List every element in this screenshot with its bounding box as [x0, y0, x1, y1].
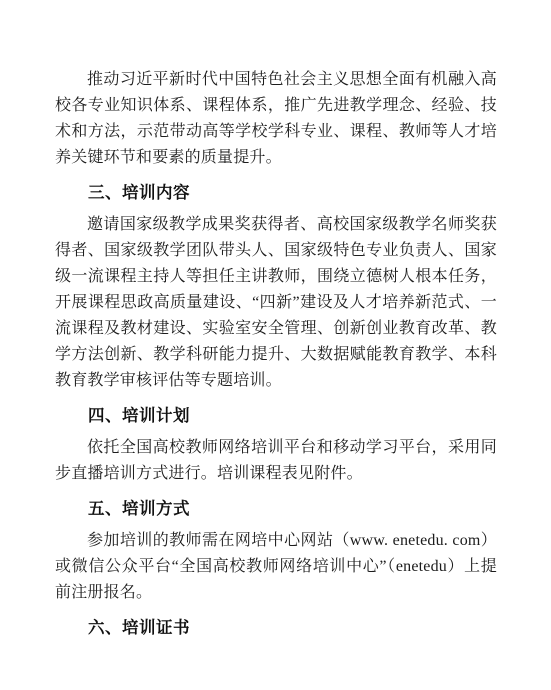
body-paragraph-intro: 推动习近平新时代中国特色社会主义思想全面有机融入高校各专业知识体系、课程体系，推… — [55, 67, 497, 171]
section-heading-training-certificate: 六、培训证书 — [55, 615, 497, 641]
body-paragraph-training-method: 参加培训的教师需在网培中心网站（www. enetedu. com）或微信公众平… — [55, 528, 497, 606]
section-heading-training-method: 五、培训方式 — [55, 496, 497, 522]
section-heading-training-plan: 四、培训计划 — [55, 403, 497, 429]
document-page: 推动习近平新时代中国特色社会主义思想全面有机融入高校各专业知识体系、课程体系，推… — [0, 0, 551, 690]
section-heading-training-content: 三、培训内容 — [55, 180, 497, 206]
body-paragraph-training-content: 邀请国家级教学成果奖获得者、高校国家级教学名师奖获得者、国家级教学团队带头人、国… — [55, 212, 497, 394]
body-paragraph-training-plan: 依托全国高校教师网络培训平台和移动学习平台，采用同步直播培训方式进行。培训课程表… — [55, 435, 497, 487]
